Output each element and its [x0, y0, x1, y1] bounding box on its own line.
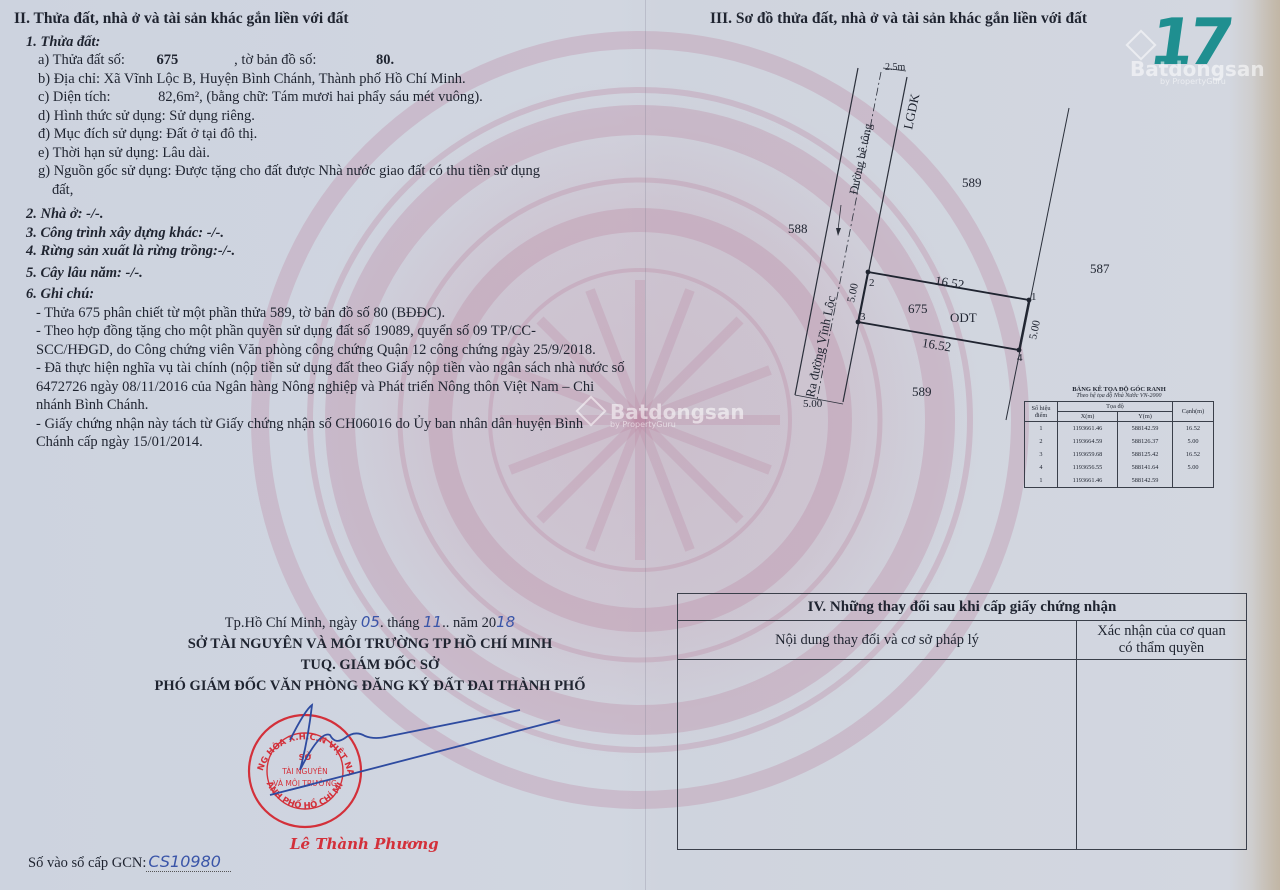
signature-block: Tp.Hồ Chí Minh, ngày 05. tháng 11.. năm …: [100, 612, 640, 697]
coord-table-title: BẢNG KÊ TỌA ĐỘ GÓC RANH: [1024, 386, 1214, 393]
svg-text:588: 588: [788, 221, 808, 236]
changes-table: IV. Những thay đổi sau khi cấp giấy chứn…: [677, 593, 1247, 850]
coord-row: 41193656.55588141.645.00: [1025, 461, 1214, 474]
certificate-page: II. Thửa đất, nhà ở và tài sản khác gắn …: [0, 0, 1280, 890]
page-fold: [645, 0, 646, 890]
svg-text:Đường bê tông: Đường bê tông: [846, 122, 875, 196]
area-value: 82,6m², (bằng chữ: Tám mươi hai phẩy sáu…: [158, 89, 483, 105]
coord-table-grid: Số hiệu điểm Tọa độ Cạnh(m) X(m) Y(m) 11…: [1024, 401, 1214, 488]
note-item: - Đã thực hiện nghĩa vụ tài chính (nộp t…: [36, 359, 626, 415]
svg-text:4: 4: [1017, 352, 1023, 364]
svg-text:ODT: ODT: [950, 310, 977, 325]
gcn-registry: Số vào sổ cấp GCN:CS10980: [28, 852, 231, 872]
other-construction-row: 3. Công trình xây dựng khác: -/-.: [26, 224, 634, 243]
coordinate-table: BẢNG KÊ TỌA ĐỘ GÓC RANH Theo hệ tọa độ N…: [1024, 386, 1214, 488]
issue-year: 18: [496, 613, 515, 631]
svg-text:LGDK: LGDK: [900, 92, 922, 131]
svg-text:5.00: 5.00: [803, 398, 823, 410]
section4-title: IV. Những thay đổi sau khi cấp giấy chứn…: [678, 594, 1246, 621]
signer-role-1: TUQ. GIÁM ĐỐC SỞ: [100, 655, 640, 676]
svg-text:1: 1: [1031, 291, 1037, 303]
batdongsan-logo-icon: [575, 395, 606, 426]
parcel-number: 675: [157, 51, 217, 70]
coord-row: 31193659.68588125.4216.52: [1025, 448, 1214, 461]
usage-form-row: d) Hình thức sử dụng: Sử dụng riêng.: [38, 107, 634, 126]
changes-content-column: Nội dung thay đổi và cơ sở pháp lý: [678, 621, 1077, 849]
coord-table-subtitle: Theo hệ tọa độ Nhà Nước VN-2000: [1024, 393, 1214, 399]
issue-month: 11: [423, 613, 442, 631]
note-item: - Thửa 675 phân chiết từ một phần thửa 5…: [36, 304, 634, 323]
forest-row: 4. Rừng sản xuất là rừng trồng:-/-.: [26, 242, 634, 261]
svg-text:16.52: 16.52: [921, 335, 952, 354]
svg-text:589: 589: [962, 175, 982, 190]
svg-text:3: 3: [860, 311, 866, 323]
svg-text:2: 2: [869, 277, 875, 289]
area-row: c) Diện tích: 82,6m², (bằng chữ: Tám mươ…: [38, 88, 634, 107]
usage-term-row: e) Thời hạn sử dụng: Lâu dài.: [38, 144, 634, 163]
issue-day: 05: [361, 613, 380, 631]
svg-text:5.00: 5.00: [1027, 319, 1043, 341]
coord-row: 11193661.46588142.5916.52: [1025, 422, 1214, 436]
watermark-logo: Batdongsan by PropertyGuru: [1130, 34, 1280, 86]
svg-text:589: 589: [912, 384, 932, 399]
coord-row: 21193664.59588126.375.00: [1025, 435, 1214, 448]
usage-origin-cont: đất,: [52, 181, 634, 200]
usage-origin-row: g) Nguồn gốc sử dụng: Được tặng cho đất …: [38, 162, 634, 181]
changes-content-header: Nội dung thay đổi và cơ sở pháp lý: [678, 621, 1076, 660]
house-row: 2. Nhà ở: -/-.: [26, 205, 634, 224]
usage-purpose-row: đ) Mục đích sử dụng: Đất ở tại đô thị.: [38, 125, 634, 144]
issue-date: Tp.Hồ Chí Minh, ngày 05. tháng 11.. năm …: [100, 612, 640, 634]
watermark-logo: Batdongsan by PropertyGuru: [580, 400, 745, 429]
address-row: b) Địa chỉ: Xã Vĩnh Lộc B, Huyện Bình Ch…: [38, 70, 634, 89]
coord-row: 11193661.46588142.59: [1025, 474, 1214, 488]
section2-title: II. Thửa đất, nhà ở và tài sản khác gắn …: [14, 10, 634, 29]
issuing-org: SỞ TÀI NGUYÊN VÀ MÔI TRƯỜNG TP HỒ CHÍ MI…: [100, 634, 640, 655]
section3-title: III. Sơ đồ thửa đất, nhà ở và tài sản kh…: [710, 10, 1087, 28]
parcel-diagram: 2.5m Đường bê tông LGDK Ra đường Vĩnh Lộ…: [760, 50, 1120, 430]
paper-edge: [1252, 0, 1280, 890]
signature-scribble: [250, 700, 580, 800]
section-parcel-info: II. Thửa đất, nhà ở và tài sản khác gắn …: [14, 10, 634, 452]
svg-text:587: 587: [1090, 261, 1110, 276]
batdongsan-logo-icon: [1125, 29, 1156, 60]
parcel-number-row: a) Thửa đất số: 675 , tờ bản đồ số: 80.: [38, 51, 634, 70]
svg-text:675: 675: [908, 301, 928, 316]
signer-role-2: PHÓ GIÁM ĐỐC VĂN PHÒNG ĐĂNG KÝ ĐẤT ĐAI T…: [100, 676, 640, 697]
svg-text:5.00: 5.00: [845, 282, 861, 304]
authority-confirm-header: Xác nhận của cơ quancó thẩm quyền: [1077, 621, 1246, 660]
note-item: - Theo hợp đồng tặng cho một phần quyền …: [36, 322, 596, 359]
signer-name: Lê Thành Phương: [290, 835, 439, 853]
gcn-number: CS10980: [146, 852, 231, 872]
parcel-heading: 1. Thửa đất:: [26, 33, 634, 52]
map-number: 80.: [376, 51, 394, 70]
authority-confirm-column: Xác nhận của cơ quancó thẩm quyền: [1077, 621, 1246, 849]
note-item: - Giấy chứng nhận này tách từ Giấy chứng…: [36, 415, 596, 452]
perennial-row: 5. Cây lâu năm: -/-.: [26, 264, 634, 283]
svg-text:16.52: 16.52: [934, 273, 965, 292]
notes-heading: 6. Ghi chú:: [26, 285, 634, 304]
road-width-label: 2.5m: [885, 62, 906, 73]
